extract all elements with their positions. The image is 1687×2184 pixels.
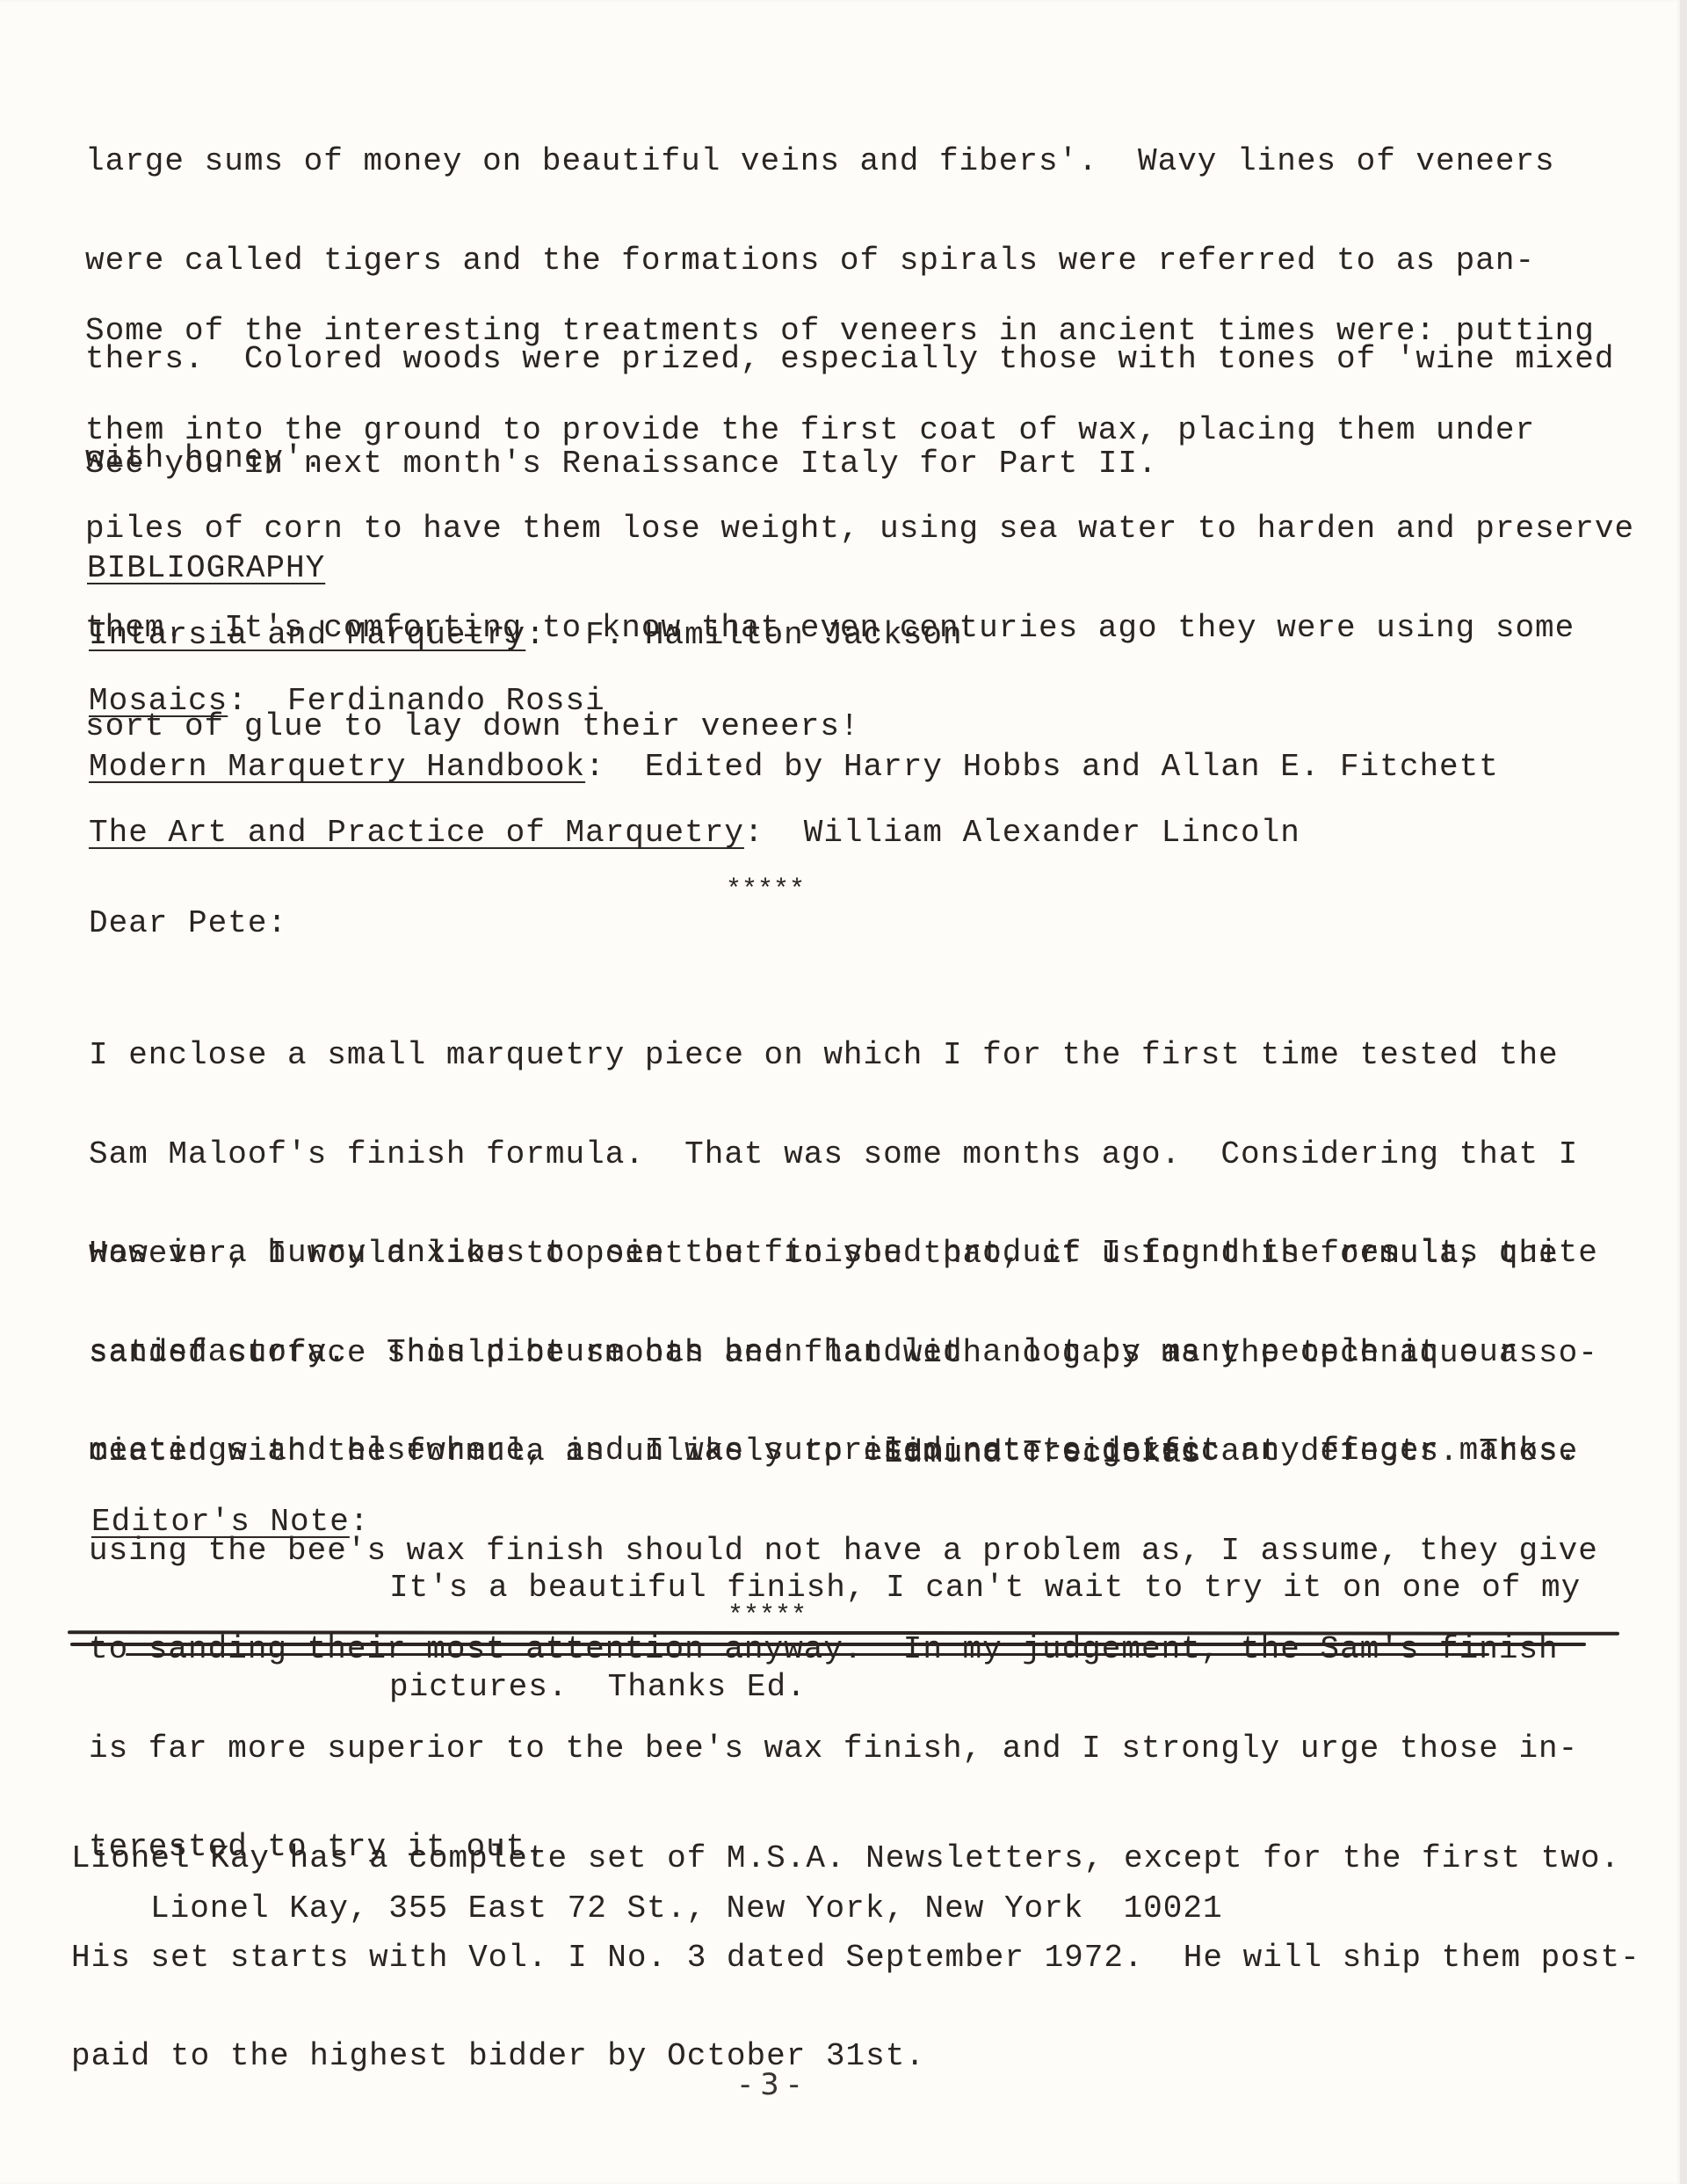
editors-note-text: It's a beautiful finish, I can't wait to… bbox=[389, 1506, 1581, 1769]
text-line: It's a beautiful finish, I can't wait to… bbox=[389, 1571, 1581, 1605]
section-separator: ***** bbox=[728, 1601, 807, 1631]
article-closing: See you in next month's Renaissance Ital… bbox=[85, 447, 1158, 481]
letter-salutation: Dear Pete: bbox=[89, 907, 287, 940]
text-line: them into the ground to provide the firs… bbox=[85, 414, 1634, 447]
text-line: Some of the interesting treatments of ve… bbox=[85, 315, 1634, 348]
bibliography-title: The Art and Practice of Marquetry bbox=[89, 815, 744, 851]
bibliography-entry: The Art and Practice of Marquetry: Willi… bbox=[89, 816, 1300, 850]
bibliography-separator: : bbox=[228, 683, 287, 719]
notice-address: Lionel Kay, 355 East 72 St., New York, N… bbox=[150, 1892, 1223, 1926]
text-line: large sums of money on beautiful veins a… bbox=[85, 145, 1614, 178]
text-line: ciated with the formula is unlikely to e… bbox=[89, 1435, 1598, 1469]
editors-note: Editor's Note: bbox=[91, 1506, 369, 1539]
text-line: Sam Maloof's finish formula. That was so… bbox=[89, 1138, 1598, 1172]
divider-rule bbox=[126, 1653, 1489, 1656]
text-line: paid to the highest bidder by October 31… bbox=[71, 2040, 1640, 2073]
bibliography-title: Modern Marquetry Handbook bbox=[89, 749, 585, 785]
text-line: Lionel Kay has a complete set of M.S.A. … bbox=[71, 1842, 1640, 1876]
notice-paragraph: Lionel Kay has a complete set of M.S.A. … bbox=[71, 1776, 1640, 2139]
bibliography-entry: Modern Marquetry Handbook: Edited by Har… bbox=[89, 751, 1499, 784]
text-line: pictures. Thanks Ed. bbox=[389, 1671, 1581, 1704]
bibliography-separator: : bbox=[525, 617, 585, 653]
bibliography-separator: : bbox=[744, 815, 804, 851]
bibliography-author: F. Hamilton Jackson bbox=[585, 617, 962, 653]
text-line: piles of corn to have them lose weight, … bbox=[85, 512, 1634, 546]
bibliography-entry: Mosaics: Ferdinando Rossi bbox=[89, 685, 605, 718]
text-line: His set starts with Vol. I No. 3 dated S… bbox=[71, 1941, 1640, 1975]
editors-note-label: Editor's Note bbox=[91, 1504, 350, 1540]
newsletter-page: large sums of money on beautiful veins a… bbox=[0, 0, 1680, 2184]
section-separator: ***** bbox=[726, 875, 805, 905]
divider-rule bbox=[70, 1643, 1586, 1646]
bibliography-entry: Intarsia and Marquetry: F. Hamilton Jack… bbox=[89, 619, 963, 652]
page-number: - 3 - bbox=[740, 2067, 800, 2102]
bibliography-title: Mosaics bbox=[89, 683, 228, 719]
bibliography-heading: BIBLIOGRAPHY bbox=[87, 552, 325, 585]
bibliography-author: Ferdinando Rossi bbox=[287, 683, 605, 719]
text-line: However, I would like to point out to yo… bbox=[89, 1237, 1598, 1271]
text-line: I enclose a small marquetry piece on whi… bbox=[89, 1039, 1598, 1072]
text-line: sanded surface should be smooth and flat… bbox=[89, 1337, 1598, 1370]
bibliography-author: William Alexander Lincoln bbox=[804, 815, 1300, 851]
bibliography-author: Edited by Harry Hobbs and Allan E. Fitch… bbox=[645, 749, 1499, 785]
letter-signature: Edmund Treciokas bbox=[884, 1437, 1202, 1470]
bibliography-separator: : bbox=[585, 749, 645, 785]
article-paragraph-2: Some of the interesting treatments of ve… bbox=[85, 249, 1634, 809]
bibliography-title: Intarsia and Marquetry bbox=[89, 617, 525, 653]
editors-note-colon: : bbox=[350, 1504, 370, 1540]
